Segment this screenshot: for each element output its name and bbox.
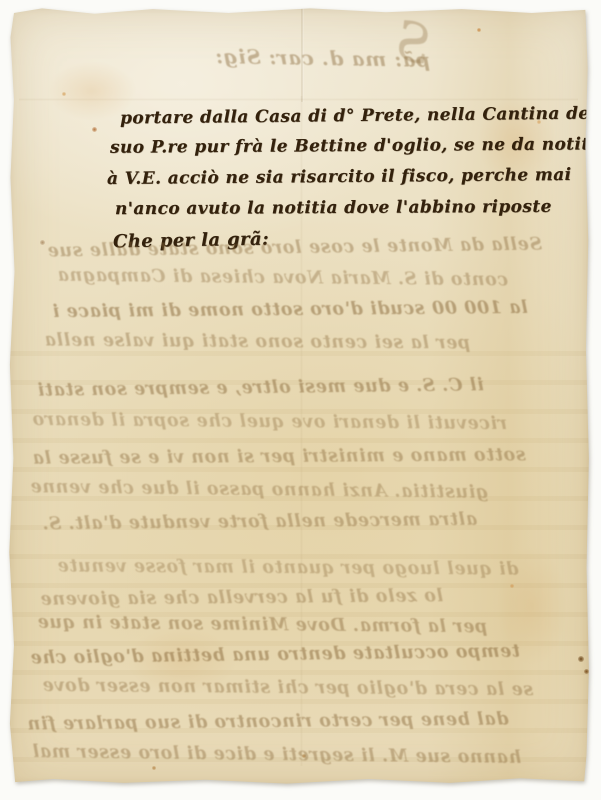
foxing-spot [152,766,156,770]
bleedthrough-line: di quel luogo per quanto il mar fosse ve… [57,556,519,579]
fold-crease-horizontal [19,98,579,101]
bleedthrough-line: il C. S. e due mesi oltre, e sempre son … [37,375,484,400]
bleedthrough-line: conto di S. Maria Nova chiesa di Campagn… [57,266,508,291]
bleedthrough-line: per la forma. Dove Minime son state in q… [37,613,487,638]
foxing-spot [92,127,97,132]
scan-background: pã: ma d. car: Sig: S portare dalla Casa… [0,0,601,800]
manuscript-line: portare dalla Casa di d° Prete, nella Ca… [120,104,597,129]
bleedthrough-line: ricevuti li denari ove quel che sopra il… [32,410,507,434]
bleedthrough-docket: pã: ma d. car: Sig: [215,44,431,72]
bleedthrough-line: altra mercede nella forte vendute d'alt.… [42,510,477,535]
bleedthrough-line: per la sei cento sono stati qui valse ne… [44,331,470,354]
manuscript-line: suo P.re pur frà le Bettine d'oglio, se … [110,134,601,157]
foxing-spot [40,240,45,245]
bleedthrough-line: lo zelo di fu la cervella che sia gioven… [40,586,443,610]
bleedthrough-line: dal bene per certo rincontro di suo parl… [27,709,509,734]
manuscript-line: n'anco avuto la notitia dove l'abbino ri… [115,197,552,219]
bleedthrough-line: hanno sue M. li segreti e dice di loro e… [32,742,522,768]
paper-shadow-wrap: pã: ma d. car: Sig: S portare dalla Casa… [0,0,601,800]
bleedthrough-line: la 100 00 scudi d'oro sotto nome di mi p… [52,298,528,322]
foxing-spot [477,28,481,32]
foxing-spot [510,584,514,588]
manuscript-line: à V.E. acciò ne sia risarcito il fisco, … [107,165,572,189]
bleedthrough-line: tempo occultate dentro una bettina d'ogl… [30,642,520,669]
bleedthrough-line: se la cera d'oglio per chi stimar non es… [42,676,533,700]
foxing-spot [584,669,589,674]
bleedthrough-line: sotto mano e ministri per si non vi e se… [32,445,526,468]
foxing-spot [62,92,66,96]
manuscript-page: pã: ma d. car: Sig: S portare dalla Casa… [7,6,590,786]
foxing-spot [578,656,584,662]
bleedthrough-line: giustitia. Anzi hanno passo il due che v… [30,477,488,503]
